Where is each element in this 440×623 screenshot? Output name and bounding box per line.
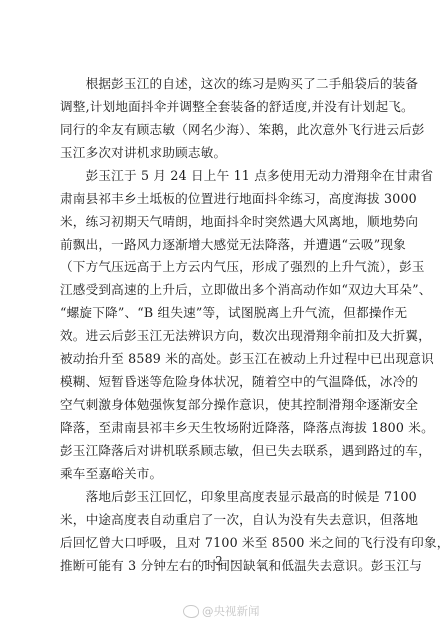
- text-line: 江感受到高速的上升后，立即做出多个消高动作如“双边大耳朵”、: [60, 282, 386, 298]
- text-line: 调整,计划地面抖伞并调整全套装备的舒适度,并没有计划起飞。: [60, 99, 386, 115]
- page-number: - 2 -: [0, 554, 440, 568]
- text-line: （下方气压远高于上方云内气压，形成了强烈的上升气流），彭玉: [60, 259, 386, 275]
- text-line: 乘车至嘉峪关市。: [60, 466, 386, 482]
- text-line: 落地后彭玉江回忆，印象里高度表显示最高的时候是 7100: [60, 489, 386, 505]
- text-line: 前飘出，一路风力逐渐增大感觉无法降落，并遭遇“云吸”现象: [60, 237, 386, 253]
- document-page: 根据彭玉江的自述，这次的练习是购买了二手船袋后的装备调整,计划地面抖伞并调整全套…: [0, 0, 440, 623]
- text-line: 玉江多次对讲机求助顾志敏。: [60, 145, 386, 161]
- text-line: 米，练习初期天气晴朗，地面抖伞时突然遇大风离地，顺地势向: [60, 214, 386, 230]
- text-line: 彭玉江降落后对讲机联系顾志敏，但已失去联系，遇到路过的车，: [60, 443, 386, 459]
- text-line: 后回忆曾大口呼吸，且对 7100 米至 8500 米之间的飞行没有印象，: [60, 535, 386, 551]
- text-line: 效。进云后彭玉江无法辨识方向，数次出现滑翔伞前扣及大折翼，: [60, 328, 386, 344]
- text-line: 降落，至肃南县祁丰乡天生牧场附近降落，降落点海拔 1800 米。: [60, 420, 386, 436]
- text-line: 根据彭玉江的自述，这次的练习是购买了二手船袋后的装备: [60, 76, 386, 92]
- watermark: @央视新闻: [183, 603, 260, 619]
- text-line: 米，中途高度表自动重启了一次，自认为没有失去意识，但落地: [60, 512, 386, 528]
- text-line: 同行的伞友有顾志敏（网名少海）、笨鹅，此次意外飞行进云后彭: [60, 122, 386, 138]
- text-line: “螺旋下降”、“B 组失速”等，试图脱离上升气流，但都操作无: [60, 305, 386, 321]
- text-line: 彭玉江于 5 月 24 日上午 11 点多使用无动力滑翔伞在甘肃省: [60, 168, 386, 184]
- text-line: 肃南县祁丰乡土坻板的位置进行地面抖伞练习，高度海拔 3000: [60, 191, 386, 207]
- text-line: 模糊、短暂昏迷等危险身体状况，随着空中的气温降低，冰冷的: [60, 374, 386, 390]
- text-line: 被动抬升至 8589 米的高处。彭玉江在被动上升过程中已出现意识: [60, 351, 386, 367]
- text-line: 空气刺激身体勉强恢复部分操作意识，使其控制滑翔伞逐渐安全: [60, 397, 386, 413]
- watermark-text: @央视新闻: [202, 603, 260, 619]
- weibo-icon: [183, 605, 199, 618]
